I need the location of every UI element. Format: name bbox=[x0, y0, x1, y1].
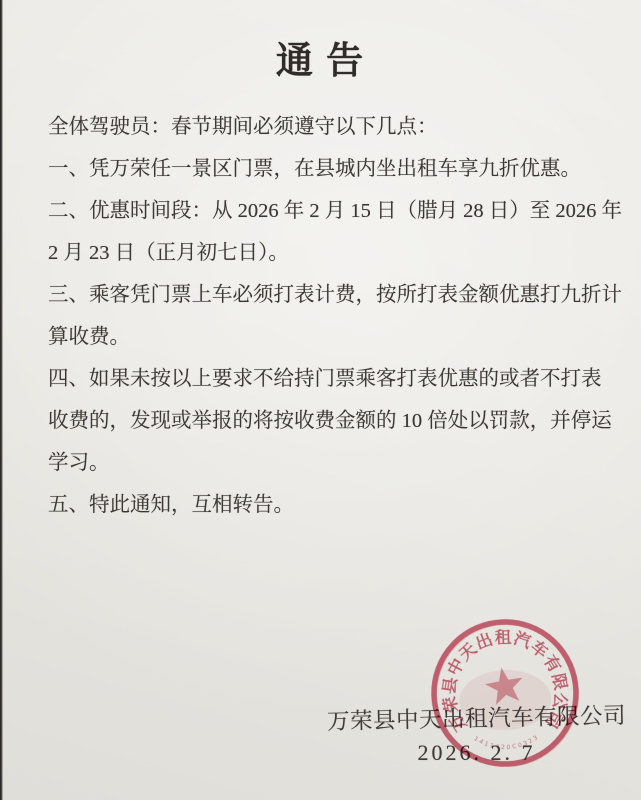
notice-paragraph: 二、优惠时间段：从 2026 年 2 月 15 日（腊月 28 日）至 2026… bbox=[48, 190, 627, 274]
salutation-line: 全体驾驶员：春节期间必须遵守以下几点： bbox=[48, 106, 627, 148]
notice-photo: 通 告 全体驾驶员：春节期间必须遵守以下几点： 一、凭万荣任一景区门票，在县城内… bbox=[0, 0, 641, 800]
photo-left-edge bbox=[0, 0, 3, 800]
page-title: 通 告 bbox=[0, 30, 641, 84]
notice-paragraph: 三、乘客凭门票上车必须打表计费，按所打表金额优惠打九折计 算收费。 bbox=[48, 274, 627, 358]
notice-line: 收费的，发现或举报的将按收费金额的 10 倍处以罚款，并停运 bbox=[48, 400, 627, 442]
notice-line: 五、特此通知，互相转告。 bbox=[48, 484, 627, 526]
notice-paragraph: 全体驾驶员：春节期间必须遵守以下几点： bbox=[48, 106, 627, 148]
notice-paragraph: 五、特此通知，互相转告。 bbox=[48, 484, 627, 526]
company-seal-stamp-icon: 万荣县中天出租汽车有限公司 1411420C0323 bbox=[417, 605, 593, 781]
notice-line: 二、优惠时间段：从 2026 年 2 月 15 日（腊月 28 日）至 2026… bbox=[48, 190, 627, 232]
notice-body: 全体驾驶员：春节期间必须遵守以下几点： 一、凭万荣任一景区门票，在县城内坐出租车… bbox=[48, 106, 627, 526]
notice-line: 2 月 23 日（正月初七日）。 bbox=[48, 232, 627, 274]
notice-line: 三、乘客凭门票上车必须打表计费，按所打表金额优惠打九折计 bbox=[48, 274, 627, 316]
notice-line: 四、如果未按以上要求不给持门票乘客打表优惠的或者不打表 bbox=[48, 358, 627, 400]
stamp-code: 1411420C0323 bbox=[472, 733, 541, 752]
notice-paragraph: 四、如果未按以上要求不给持门票乘客打表优惠的或者不打表 收费的，发现或举报的将按… bbox=[48, 358, 627, 484]
notice-line: 算收费。 bbox=[48, 316, 627, 358]
notice-paragraph: 一、凭万荣任一景区门票，在县城内坐出租车享九折优惠。 bbox=[48, 148, 627, 190]
notice-line: 一、凭万荣任一景区门票，在县城内坐出租车享九折优惠。 bbox=[48, 148, 627, 190]
notice-line: 学习。 bbox=[48, 442, 627, 484]
